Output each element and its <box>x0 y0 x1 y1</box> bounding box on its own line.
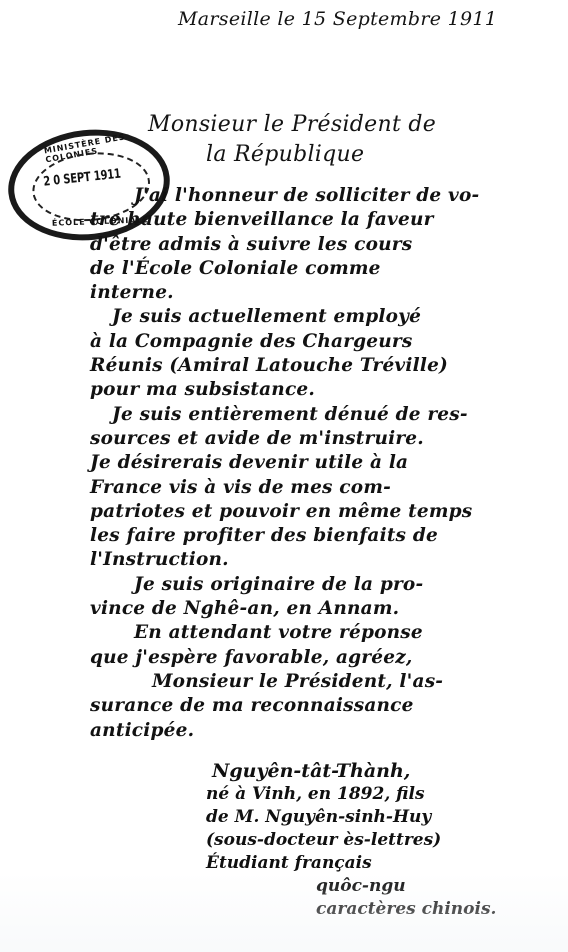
salutation-line-2: la République <box>148 140 436 170</box>
body-line: Je suis originaire de la pro- <box>90 573 550 597</box>
body-line: pour ma subsistance. <box>90 378 550 402</box>
letter-salutation: Monsieur le Président de la République <box>148 110 436 170</box>
body-line: Je suis actuellement employé <box>90 305 550 329</box>
letter-body: J'ai l'honneur de solliciter de vo- tre … <box>90 184 550 743</box>
body-line: interne. <box>90 281 550 305</box>
body-line: En attendant votre réponse <box>90 621 550 645</box>
body-line: surance de ma reconnaissance <box>90 694 550 718</box>
body-line: de l'École Coloniale comme <box>90 257 550 281</box>
body-line: que j'espère favorable, agréez, <box>90 646 550 670</box>
scan-shading <box>0 872 568 952</box>
body-line: l'Instruction. <box>90 548 550 572</box>
salutation-line-1: Monsieur le Président de <box>148 110 436 140</box>
signature-line: né à Vinh, en 1892, fils <box>206 783 496 806</box>
body-line: les faire profiter des bienfaits de <box>90 524 550 548</box>
body-line: Je suis entièrement dénué de res- <box>90 403 550 427</box>
signature-line: (sous-docteur ès-lettres) <box>206 829 496 852</box>
signature-line: Nguyên-tât-Thành, <box>206 760 496 783</box>
letter-dateline: Marseille le 15 Septembre 1911 <box>178 8 497 30</box>
body-line: Je désirerais devenir utile à la <box>90 451 550 475</box>
body-line: tre haute bienveillance la faveur <box>90 208 550 232</box>
body-line: France vis à vis de mes com- <box>90 476 550 500</box>
body-line: sources et avide de m'instruire. <box>90 427 550 451</box>
body-line: d'être admis à suivre les cours <box>90 233 550 257</box>
body-line: J'ai l'honneur de solliciter de vo- <box>90 184 550 208</box>
body-line: Réunis (Amiral Latouche Tréville) <box>90 354 550 378</box>
body-line: vince de Nghê-an, en Annam. <box>90 597 550 621</box>
letter-page: Marseille le 15 Septembre 1911 Monsieur … <box>0 0 568 952</box>
body-line: à la Compagnie des Chargeurs <box>90 330 550 354</box>
body-line: Monsieur le Président, l'as- <box>90 670 550 694</box>
signature-line: de M. Nguyên-sinh-Huy <box>206 806 496 829</box>
body-line: anticipée. <box>90 719 550 743</box>
body-line: patriotes et pouvoir en même temps <box>90 500 550 524</box>
